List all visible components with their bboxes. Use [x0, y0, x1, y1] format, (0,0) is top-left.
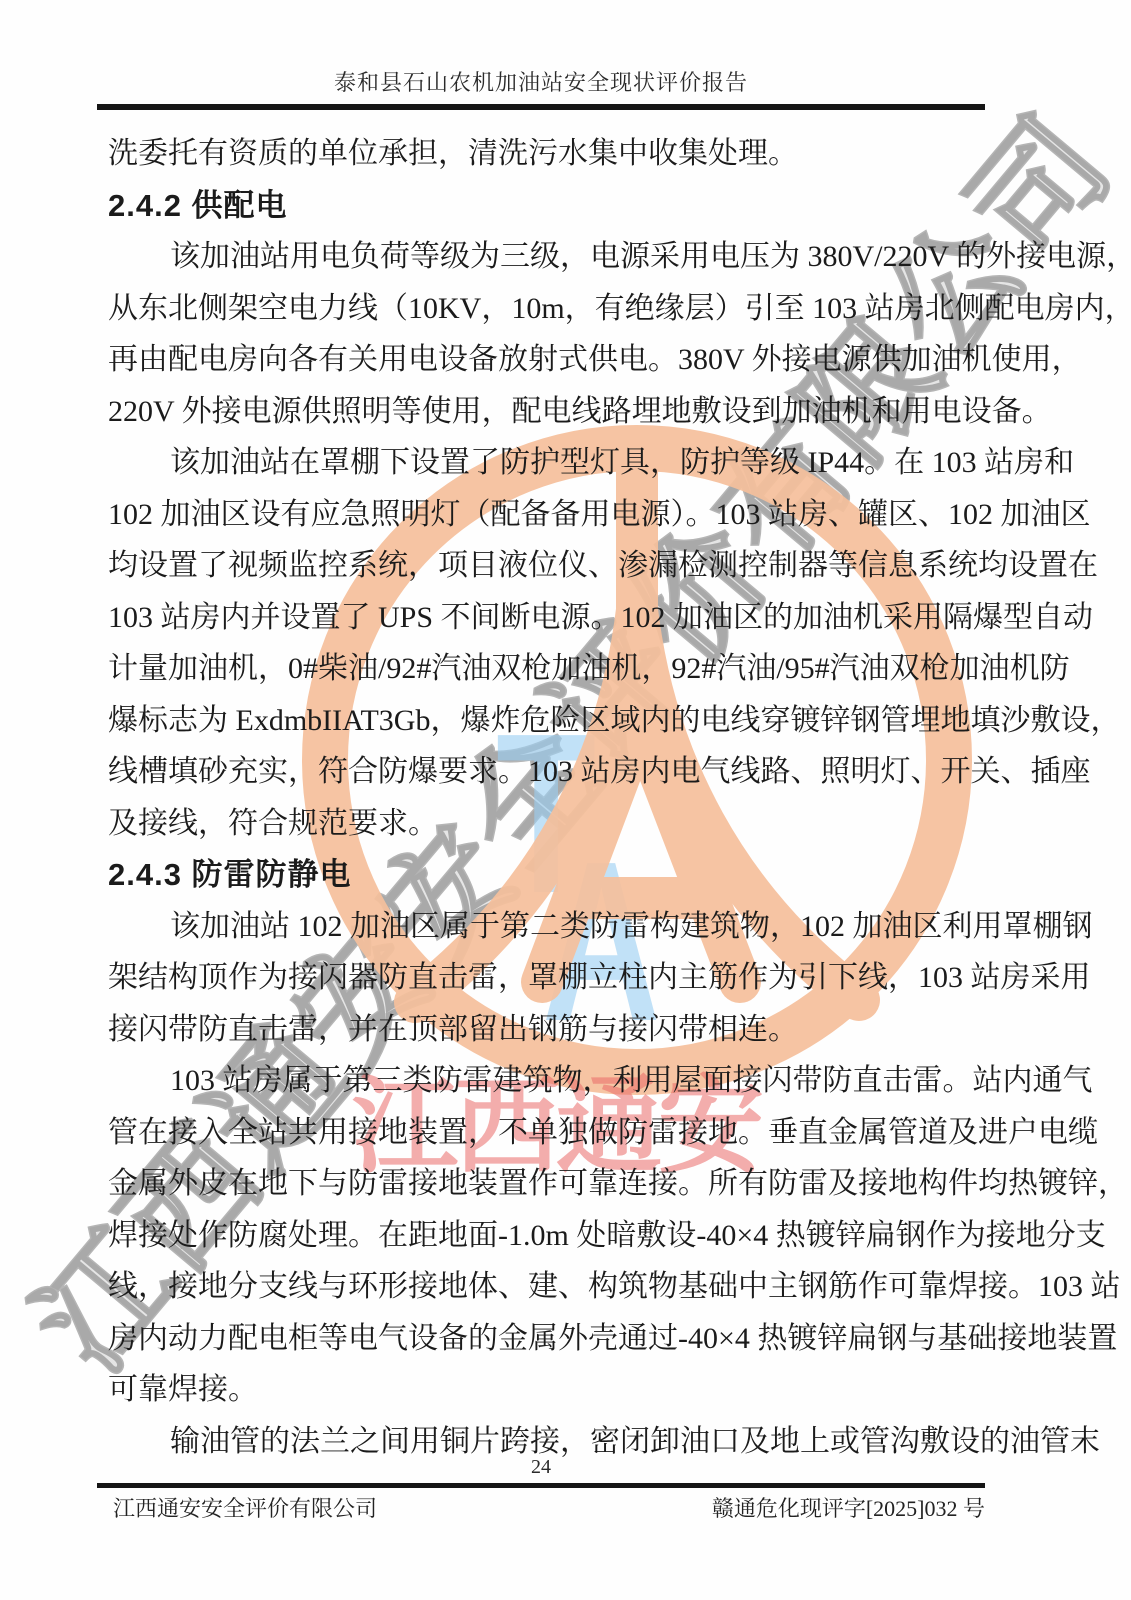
report-page: 江西通安安全评价有限公司 T A 江西通安 泰和县石山农机加油站安全现状评价报告… — [0, 0, 1131, 1600]
section-heading: 2.4.2 供配电 — [108, 180, 998, 232]
text-line: 洗委托有资质的单位承担，清洗污水集中收集处理。 — [108, 128, 998, 180]
text-line: 从东北侧架空电力线（10KV，10m，有绝缘层）引至 103 站房北侧配电房内， — [108, 283, 998, 335]
footer-rule — [97, 1483, 985, 1488]
body-text: 洗委托有资质的单位承担，清洗污水集中收集处理。2.4.2 供配电该加油站用电负荷… — [108, 128, 998, 1467]
footer-doc-number: 赣通危化现评字[2025]032 号 — [712, 1492, 985, 1523]
text-line: 该加油站在罩棚下设置了防护型灯具，防护等级 IP44。在 103 站房和 — [108, 437, 998, 489]
text-line: 线槽填砂充实，符合防爆要求。103 站房内电气线路、照明灯、开关、插座 — [108, 746, 998, 798]
report-title: 泰和县石山农机加油站安全现状评价报告 — [97, 66, 985, 97]
text-line: 金属外皮在地下与防雷接地装置作可靠连接。所有防雷及接地构件均热镀锌， — [108, 1158, 998, 1210]
footer-company-name: 江西通安安全评价有限公司 — [113, 1492, 377, 1523]
text-line: 均设置了视频监控系统，项目液位仪、渗漏检测控制器等信息系统均设置在 — [108, 540, 998, 592]
page-number: 24 — [97, 1456, 985, 1479]
text-line: 计量加油机，0#柴油/92#汽油双枪加油机，92#汽油/95#汽油双枪加油机防 — [108, 643, 998, 695]
text-line: 该加油站用电负荷等级为三级，电源采用电压为 380V/220V 的外接电源， — [108, 231, 998, 283]
text-line: 103 站房内并设置了 UPS 不间断电源。102 加油区的加油机采用隔爆型自动 — [108, 592, 998, 644]
text-line: 102 加油区设有应急照明灯（配备备用电源）。103 站房、罐区、102 加油区 — [108, 489, 998, 541]
text-line: 该加油站 102 加油区属于第二类防雷构建筑物，102 加油区利用罩棚钢 — [108, 901, 998, 953]
text-line: 及接线，符合规范要求。 — [108, 798, 998, 850]
text-line: 架结构顶作为接闪器防直击雷，罩棚立柱内主筋作为引下线，103 站房采用 — [108, 952, 998, 1004]
text-line: 房内动力配电柜等电气设备的金属外壳通过-40×4 热镀锌扁钢与基础接地装置 — [108, 1313, 998, 1365]
text-line: 再由配电房向各有关用电设备放射式供电。380V 外接电源供加油机使用， — [108, 334, 998, 386]
text-line: 103 站房属于第三类防雷建筑物，利用屋面接闪带防直击雷。站内通气 — [108, 1055, 998, 1107]
text-line: 可靠焊接。 — [108, 1364, 998, 1416]
text-line: 管在接入全站共用接地装置，不单独做防雷接地。垂直金属管道及进户电缆 — [108, 1107, 998, 1159]
text-line: 接闪带防直击雷，并在顶部留出钢筋与接闪带相连。 — [108, 1004, 998, 1056]
text-line: 爆标志为 ExdmbIIAT3Gb，爆炸危险区域内的电线穿镀锌钢管埋地填沙敷设， — [108, 695, 998, 747]
text-line: 焊接处作防腐处理。在距地面-1.0m 处暗敷设-40×4 热镀锌扁钢作为接地分支 — [108, 1210, 998, 1262]
text-line: 线，接地分支线与环形接地体、建、构筑物基础中主钢筋作可靠焊接。103 站 — [108, 1261, 998, 1313]
section-heading: 2.4.3 防雷防静电 — [108, 849, 998, 901]
header-rule — [97, 104, 985, 110]
text-line: 220V 外接电源供照明等使用，配电线路埋地敷设到加油机和用电设备。 — [108, 386, 998, 438]
